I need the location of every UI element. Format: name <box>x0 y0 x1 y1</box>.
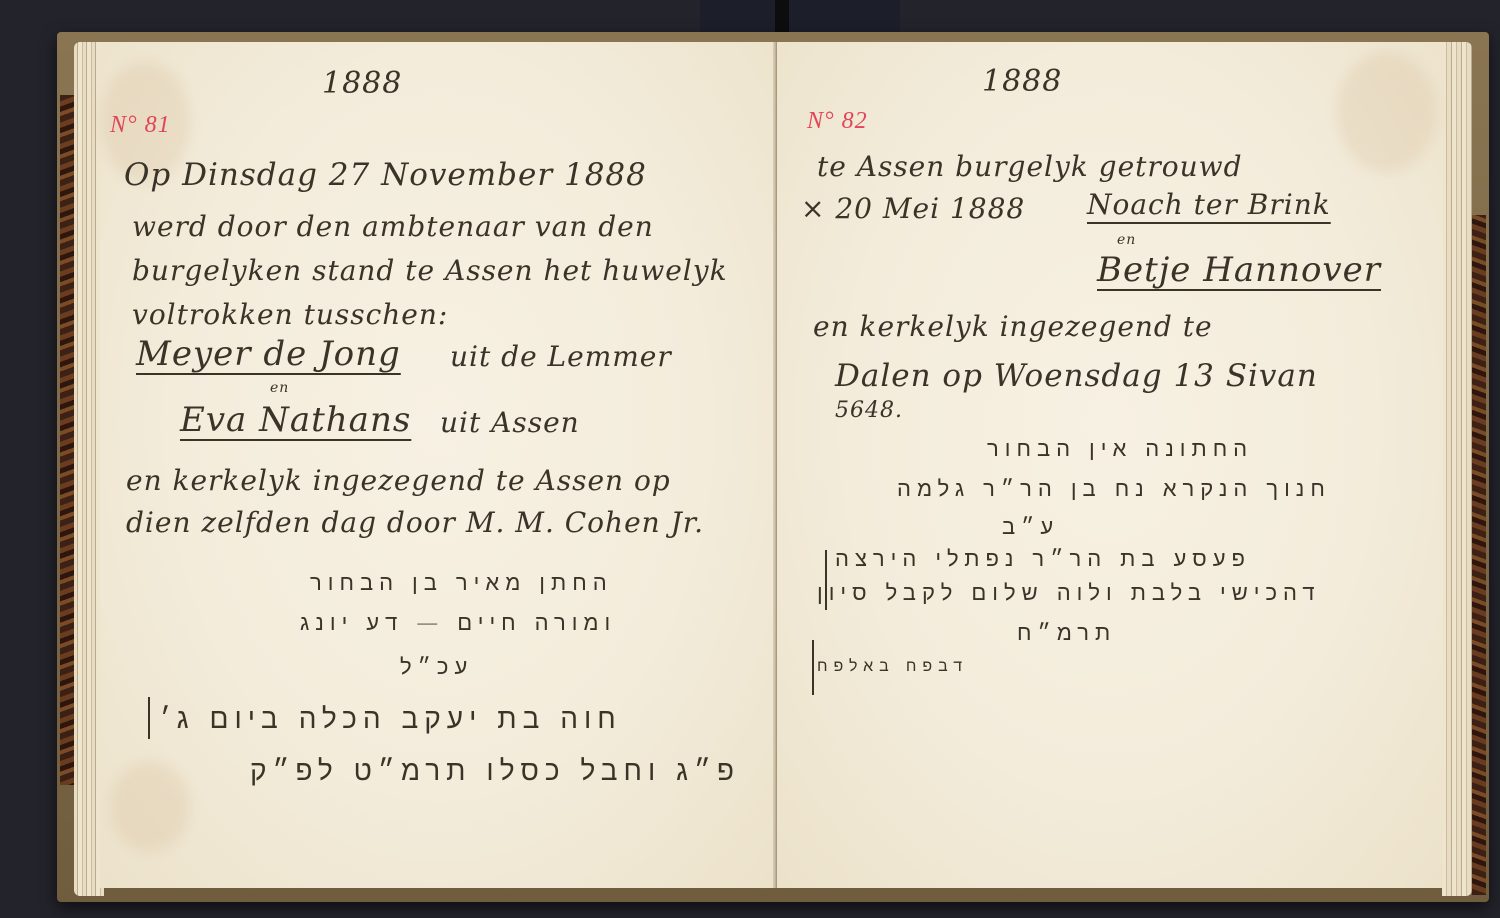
left-page: 1888 N° 81 Op Dinsdag 27 November 1888 w… <box>100 42 777 888</box>
hebrew-line: החתונה אין הבחור <box>987 436 1253 462</box>
marbled-spine-right <box>1472 215 1486 895</box>
hebrew-line: ומורה חיים — דע יונג <box>300 610 616 636</box>
page-year: 1888 <box>982 64 1062 99</box>
hebrew-line: חוה בת יעקב הכלה ביום ג׳ <box>160 702 622 735</box>
groom-name: Noach ter Brink <box>1087 188 1331 221</box>
page-edges-right <box>1442 42 1472 896</box>
background-strip <box>700 0 900 34</box>
groom-origin: uit de Lemmer <box>450 340 672 373</box>
bride-origin: uit Assen <box>440 406 580 439</box>
entry-number: N° 81 <box>110 112 171 139</box>
text-line: × 20 Mei 1888 <box>801 192 1025 225</box>
text-line: voltrokken tusschen: <box>132 298 448 331</box>
hebrew-line: תרמ״ח <box>1017 620 1116 646</box>
page-year: 1888 <box>322 66 402 101</box>
text-line: dien zelfden dag door M. M. Cohen Jr. <box>126 506 704 539</box>
marbled-spine-left <box>60 95 74 785</box>
background-gap <box>775 0 789 34</box>
hebrew-line: חנוך הנקרא נח בן הר״ר גלמה <box>897 476 1331 502</box>
text-line: 5648. <box>835 398 903 423</box>
hebrew-line: עכ״ל <box>400 654 473 680</box>
conjunction: en <box>1117 232 1136 248</box>
hebrew-line: דהכישי בלבת ולוה שלום לקבל סיון <box>817 580 1321 606</box>
hebrew-line: ע״ב <box>1002 514 1059 540</box>
groom-name: Meyer de Jong <box>136 334 401 374</box>
paper-stain <box>110 762 190 852</box>
text-line: te Assen burgelyk getrouwd <box>817 150 1243 183</box>
conjunction: en <box>270 380 289 396</box>
text-line: Dalen op Woensdag 13 Sivan <box>835 358 1318 394</box>
hebrew-line: פעסע בת הר״ר נפתלי הירצה <box>835 546 1251 572</box>
hebrew-signature: דבפח באלפח <box>817 656 968 676</box>
entry-number: N° 82 <box>807 108 868 135</box>
bracket-mark <box>148 697 150 739</box>
text-line: werd door den ambtenaar van den <box>132 210 654 243</box>
right-page: 1888 N° 82 te Assen burgelyk getrouwd × … <box>777 42 1443 888</box>
text-line: en kerkelyk ingezegend te Assen op <box>126 464 671 497</box>
hebrew-line: החתן מאיר בן הבחור <box>310 570 613 596</box>
hebrew-line: פ״ג וחבל כסלו תרמ״ט לפ״ק <box>250 754 740 787</box>
bride-name: Betje Hannover <box>1097 250 1381 290</box>
text-line: burgelyken stand te Assen het huwelyk <box>132 254 728 287</box>
text-line: Op Dinsdag 27 November 1888 <box>124 157 647 193</box>
bride-name: Eva Nathans <box>180 400 411 440</box>
text-line: en kerkelyk ingezegend te <box>813 310 1213 343</box>
signature-flourish <box>812 640 814 695</box>
paper-stain <box>1337 52 1437 172</box>
